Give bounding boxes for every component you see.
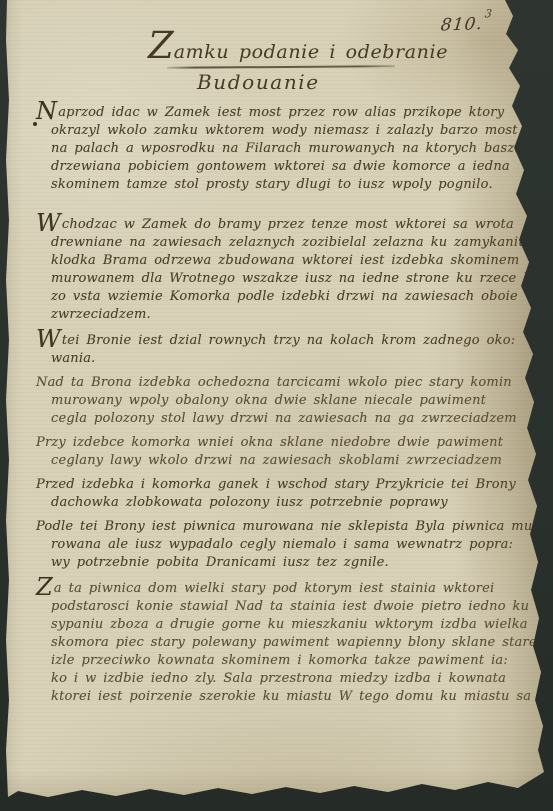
manuscript-scan: 810.3 Zamku podanie i odebranie Budouani… <box>0 0 553 811</box>
manuscript-line: drewniane na zawiesach zelaznych zozibie… <box>36 234 510 252</box>
manuscript-line: ceglany lawy wkolo drzwi na zawiesach sk… <box>36 452 510 470</box>
manuscript-body: Naprzod idac w Zamek iest most przez row… <box>36 102 510 712</box>
document-title: Zamku podanie i odebranie <box>148 24 448 67</box>
manuscript-line: Za ta piwnica dom wielki stary pod ktory… <box>36 578 510 598</box>
manuscript-line: podstarosci konie stawial Nad ta stainia… <box>36 598 510 616</box>
manuscript-line: izle przeciwko kownata skominem i komork… <box>36 652 510 670</box>
manuscript-line: okrazyl wkolo zamku wktorem wody niemasz… <box>36 122 510 140</box>
paragraph: Nad ta Brona izdebka ochedozna tarcicami… <box>36 374 510 428</box>
drop-cap-initial: N <box>36 102 57 121</box>
paragraph: Przy izdebce komorka wniei okna sklane n… <box>36 434 510 470</box>
paragraph: Przed izdebka i komorka ganek i wschod s… <box>36 476 510 512</box>
drop-cap-initial: W <box>36 214 61 233</box>
manuscript-line: zwrzeciadzem. <box>36 306 510 324</box>
manuscript-line: Wtei Bronie iest dzial rownych trzy na k… <box>36 330 510 350</box>
drop-cap-initial: W <box>36 330 61 349</box>
manuscript-line: wania. <box>36 350 510 368</box>
manuscript-line: ktorei iest poirzenie szerokie ku miastu… <box>36 688 510 706</box>
manuscript-line: skomora piec stary polewany pawiment wap… <box>36 634 510 652</box>
manuscript-line: sypaniu zboza a drugie gorne ku mieszkan… <box>36 616 510 634</box>
manuscript-line: ko i w izdbie iedno zly. Sala przestrona… <box>36 670 510 688</box>
paragraph: Wtei Bronie iest dzial rownych trzy na k… <box>36 330 510 368</box>
manuscript-line: na palach a wposrodku na Filarach murowa… <box>36 140 510 158</box>
paragraph: Za ta piwnica dom wielki stary pod ktory… <box>36 578 510 706</box>
title-underline <box>167 65 395 69</box>
manuscript-line: dachowka zlobkowata polozony iusz potrze… <box>36 494 510 512</box>
page-number-superscript: 3 <box>484 7 493 20</box>
manuscript-line: cegla polozony stol lawy drzwi na zawies… <box>36 410 510 428</box>
manuscript-line: skominem tamze stol prosty stary dlugi t… <box>36 176 510 194</box>
manuscript-line: rowana ale iusz wypadalo cegly niemalo i… <box>36 536 510 554</box>
manuscript-line: klodka Brama odrzewa zbudowana wktorei i… <box>36 252 510 270</box>
manuscript-line: murowany wpoly obalony okna dwie sklane … <box>36 392 510 410</box>
manuscript-line: Wchodzac w Zamek do bramy przez tenze mo… <box>36 214 510 234</box>
manuscript-line: Naprzod idac w Zamek iest most przez row… <box>36 102 510 122</box>
manuscript-line: drzewiana pobiciem gontowem wktorei sa d… <box>36 158 510 176</box>
manuscript-line: murowanem dla Wrotnego wszakze iusz na i… <box>36 270 510 288</box>
manuscript-line: Przed izdebka i komorka ganek i wschod s… <box>36 476 510 494</box>
manuscript-line: wy potrzebnie pobita Dranicami iusz tez … <box>36 554 510 572</box>
paragraph: Naprzod idac w Zamek iest most przez row… <box>36 102 510 194</box>
paragraph: Wchodzac w Zamek do bramy przez tenze mo… <box>36 214 510 324</box>
manuscript-line: Podle tei Brony iest piwnica murowana ni… <box>36 518 510 536</box>
paragraph: Podle tei Brony iest piwnica murowana ni… <box>36 518 510 572</box>
manuscript-page: 810.3 Zamku podanie i odebranie Budouani… <box>0 0 553 811</box>
drop-cap-initial: Z <box>36 578 53 597</box>
section-heading: Budouanie <box>197 70 320 94</box>
manuscript-line: Nad ta Brona izdebka ochedozna tarcicami… <box>36 374 510 392</box>
manuscript-line: zo vsta wziemie Komorka podle izdebki dr… <box>36 288 510 306</box>
manuscript-line: Przy izdebce komorka wniei okna sklane n… <box>36 434 510 452</box>
